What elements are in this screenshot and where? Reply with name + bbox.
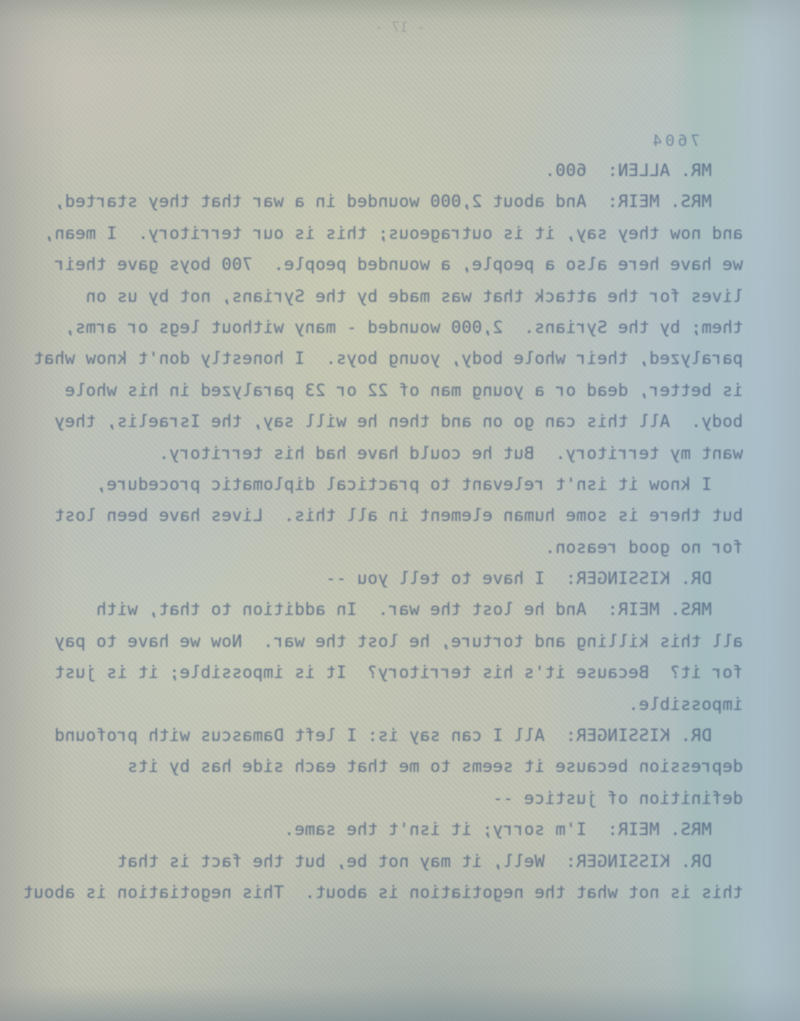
transcript-line: DR. KISSINGER: I have to tell you -- <box>23 564 743 595</box>
transcript-line: MRS. MEIR: And he lost the war. In addit… <box>23 595 743 626</box>
mirrored-imprint-layer: - 17 - 7604 MR. ALLEN: 600. MRS. MEIR: A… <box>0 0 800 1021</box>
transcript-line: paralyzed, their whole body, young boys.… <box>23 344 743 375</box>
transcript-line: impossible. <box>23 690 743 721</box>
document-stamp-number: 7604 <box>649 131 700 150</box>
transcript-line: this is not what the negotiation is abou… <box>23 878 743 909</box>
transcript-line: DR. KISSINGER: Well, it may not be, but … <box>23 847 743 878</box>
page-number: - 17 - <box>0 20 800 36</box>
transcript-line: all this killing and torture, he lost th… <box>23 627 743 658</box>
transcript-line: for it? Because it's his territory? It i… <box>23 658 743 689</box>
transcript-line: DR. KISSINGER: All I can say is: I left … <box>23 721 743 752</box>
transcript-line: MRS. MEIR: I'm sorry; it isn't the same. <box>23 815 743 846</box>
transcript-line: I know it isn't relevant to practical di… <box>23 470 743 501</box>
transcript-line: MRS. MEIR: And about 2,000 wounded in a … <box>23 187 743 218</box>
transcript-line: for no good reason. <box>23 533 743 564</box>
transcript-line: definition of justice -- <box>23 784 743 815</box>
scanned-document-page: - 17 - 7604 MR. ALLEN: 600. MRS. MEIR: A… <box>0 0 800 1021</box>
transcript-line: and now they say, it is outrageous; this… <box>23 219 743 250</box>
transcript-line: is better, dead or a young man of 22 or … <box>23 376 743 407</box>
transcript-line: depression because it seems to me that e… <box>23 752 743 783</box>
transcript-line: but there is some human element in all t… <box>23 501 743 532</box>
transcript-text-block: MR. ALLEN: 600. MRS. MEIR: And about 2,0… <box>23 156 743 909</box>
transcript-line: body. All this can go on and then he wil… <box>23 407 743 438</box>
transcript-line: lives for the attack that was made by th… <box>23 282 743 313</box>
transcript-line: want my territory. But he could have had… <box>23 439 743 470</box>
transcript-line: them; by the Syrians. 2,000 wounded - ma… <box>23 313 743 344</box>
transcript-line: MR. ALLEN: 600. <box>23 156 743 187</box>
transcript-line: we have here also a people, a wounded pe… <box>23 250 743 281</box>
